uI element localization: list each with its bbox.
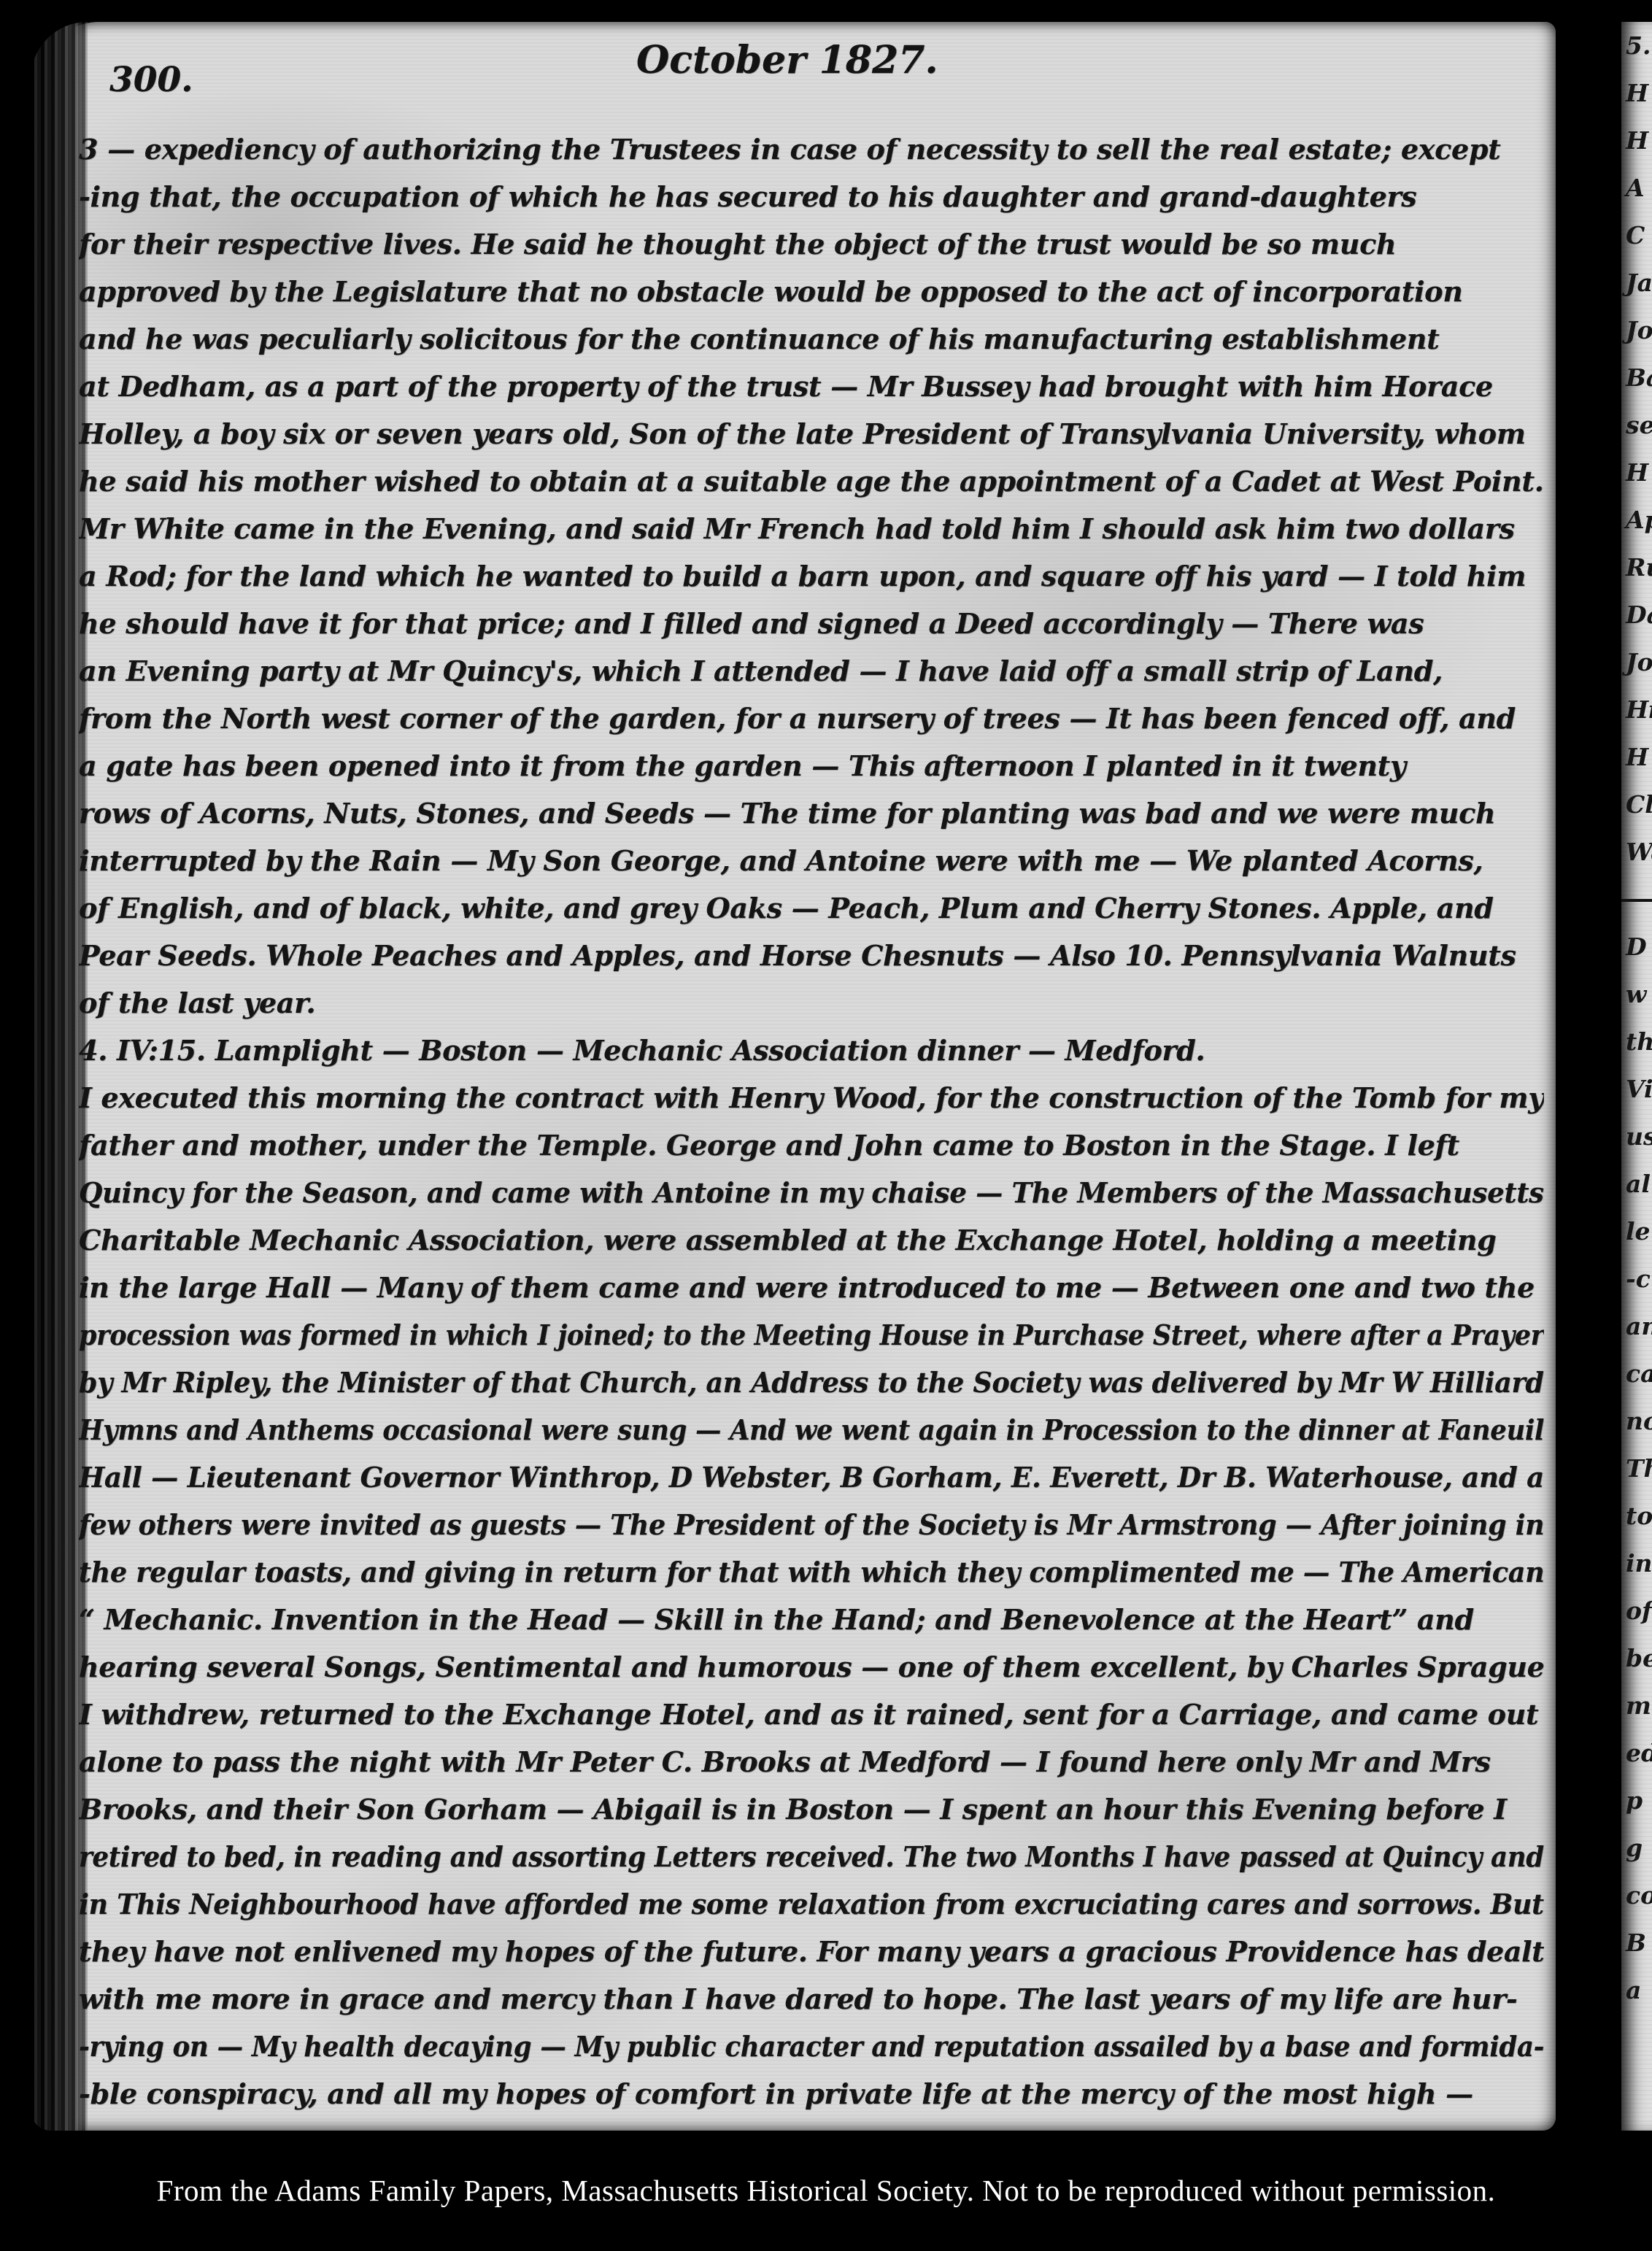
manuscript-line: with me more in grace and mercy than I h… [79,1975,1544,2023]
next-page-line-fragment: Ja [1621,259,1652,306]
next-page-line-fragment: 5. [1621,22,1652,69]
next-page-line-fragment: p [1621,1777,1652,1824]
page-number: 300. [109,60,193,100]
next-page-line-fragment: Joh [1621,306,1652,354]
manuscript-line: at Dedham, as a part of the property of … [79,363,1544,410]
manuscript-line: Quincy for the Season, and came with Ant… [79,1169,1508,1216]
next-page-line-fragment: Th [1621,1445,1652,1492]
next-page-line-fragment: ed [1621,1729,1652,1777]
next-page-line-fragment: C [1621,212,1652,259]
manuscript-line: from the North west corner of the garden… [79,695,1544,742]
manuscript-line: retired to bed, in reading and assorting… [79,1833,1447,1880]
next-page-line-fragment: Da [1621,591,1652,638]
next-page-line-fragment: an [1621,1302,1652,1350]
manuscript-line: a Rod; for the land which he wanted to b… [79,552,1544,600]
manuscript-line: and he was peculiarly solicitous for the… [79,315,1544,363]
manuscript-line: 4. IV:15. Lamplight — Boston — Mechanic … [79,1027,1544,1074]
manuscript-line: by Mr Ripley, the Minister of that Churc… [79,1359,1484,1406]
next-page-line-fragment: H [1621,69,1652,117]
next-page-line-fragment: in [1621,1540,1652,1587]
next-page-line-fragment: Cl [1621,781,1652,828]
next-page-line-fragment: not [1621,1397,1652,1445]
next-page-line-fragment: le [1621,1208,1652,1255]
manuscript-line: I withdrew, returned to the Exchange Hot… [79,1691,1544,1738]
next-page-sliver: 5.HHACJaJohBaseHApRuDaJoHiHClWaDwthViusa… [1621,22,1652,2131]
manuscript-line: of English, and of black, white, and gre… [79,884,1544,932]
next-page-line-fragment: th [1621,1018,1652,1065]
manuscript-line: an Evening party at Mr Quincy's, which I… [79,647,1544,695]
manuscript-page: 300. October 1827. 3 — expediency of aut… [31,22,1556,2131]
manuscript-line: the regular toasts, and giving in return… [79,1548,1487,1596]
next-page-line-fragment: Jo [1621,638,1652,686]
next-page-line-fragment: Vi [1621,1065,1652,1113]
manuscript-line: in This Neighbourhood have afforded me s… [79,1880,1483,1928]
manuscript-line: rows of Acorns, Nuts, Stones, and Seeds … [79,789,1544,837]
next-page-line-fragment: H [1621,733,1652,781]
manuscript-line: “ Mechanic. Invention in the Head — Skil… [79,1596,1544,1643]
next-page-line-fragment: of [1621,1587,1652,1634]
next-page-line-fragment: w [1621,970,1652,1018]
next-page-line-fragment: al [1621,1160,1652,1208]
manuscript-line: -ble conspiracy, and all my hopes of com… [79,2070,1544,2113]
next-page-line-fragment: a [1621,1966,1652,2014]
next-page-line-fragment: Ru [1621,544,1652,591]
attribution-caption: From the Adams Family Papers, Massachuse… [0,2173,1652,2224]
manuscript-line: few others were invited as guests — The … [79,1501,1479,1548]
next-page-line-fragment: Ba [1621,354,1652,401]
manuscript-line: of the last year. [79,979,1544,1027]
next-page-line-fragment: H [1621,449,1652,496]
manuscript-line: he said his mother wished to obtain at a… [79,457,1544,505]
manuscript-line: -rying on — My health decaying — My publ… [79,2023,1447,2070]
next-page-line-fragment: Ap [1621,496,1652,544]
manuscript-line: they have not enlivened my hopes of the … [79,1928,1538,1975]
manuscript-line: in the large Hall — Many of them came an… [79,1264,1544,1311]
manuscript-line: Holley, a boy six or seven years old, So… [79,410,1544,457]
next-page-line-fragment: to a [1621,1492,1652,1540]
manuscript-line: approved by the Legislature that no obst… [79,268,1544,315]
manuscript-line: 3 — expediency of authorizing the Truste… [79,126,1544,173]
next-page-line-fragment: m [1621,1682,1652,1729]
manuscript-line: Pear Seeds. Whole Peaches and Apples, an… [79,932,1544,979]
manuscript-line: Brooks, and their Son Gorham — Abigail i… [79,1785,1544,1833]
next-page-line-fragment: -cu [1621,1255,1652,1302]
next-page-line-fragment: Wa [1621,828,1652,876]
manuscript-line: -ing that, the occupation of which he ha… [79,173,1544,220]
next-page-line-fragment: car [1621,1350,1652,1397]
next-page-line-fragment: A [1621,164,1652,212]
manuscript-line: for their respective lives. He said he t… [79,220,1544,268]
next-page-line-fragment: se [1621,401,1652,449]
manuscript-line: hearing several Songs, Sentimental and h… [79,1643,1538,1691]
next-page-line-fragment: B [1621,1919,1652,1966]
next-page-line-fragment [1621,876,1652,923]
next-page-line-fragment: Hi [1621,686,1652,733]
manuscript-line: alone to pass the night with Mr Peter C.… [79,1738,1544,1785]
diary-text: 3 — expediency of authorizing the Truste… [79,126,1544,2113]
next-page-line-fragment: H [1621,117,1652,164]
manuscript-line: interrupted by the Rain — My Son George,… [79,837,1544,884]
manuscript-line: I executed this morning the contract wit… [79,1074,1544,1121]
manuscript-line: Hall — Lieutenant Governor Winthrop, D W… [79,1453,1513,1501]
next-page-line-fragment: us [1621,1113,1652,1160]
next-page-line-fragment: co [1621,1872,1652,1919]
manuscript-line: father and mother, under the Temple. Geo… [79,1121,1544,1169]
manuscript-line: Hymns and Anthems occasional were sung —… [79,1406,1439,1453]
manuscript-line: Charitable Mechanic Association, were as… [79,1216,1544,1264]
date-heading: October 1827. [636,38,938,82]
manuscript-line: a gate has been opened into it from the … [79,742,1544,789]
next-page-line-fragment: D [1621,923,1652,970]
manuscript-line: he should have it for that price; and I … [79,600,1544,647]
manuscript-line: Mr White came in the Evening, and said M… [79,505,1544,552]
next-page-line-fragment: be [1621,1634,1652,1682]
manuscript-line: procession was formed in which I joined;… [79,1311,1423,1359]
next-page-line-fragment: g [1621,1824,1652,1872]
